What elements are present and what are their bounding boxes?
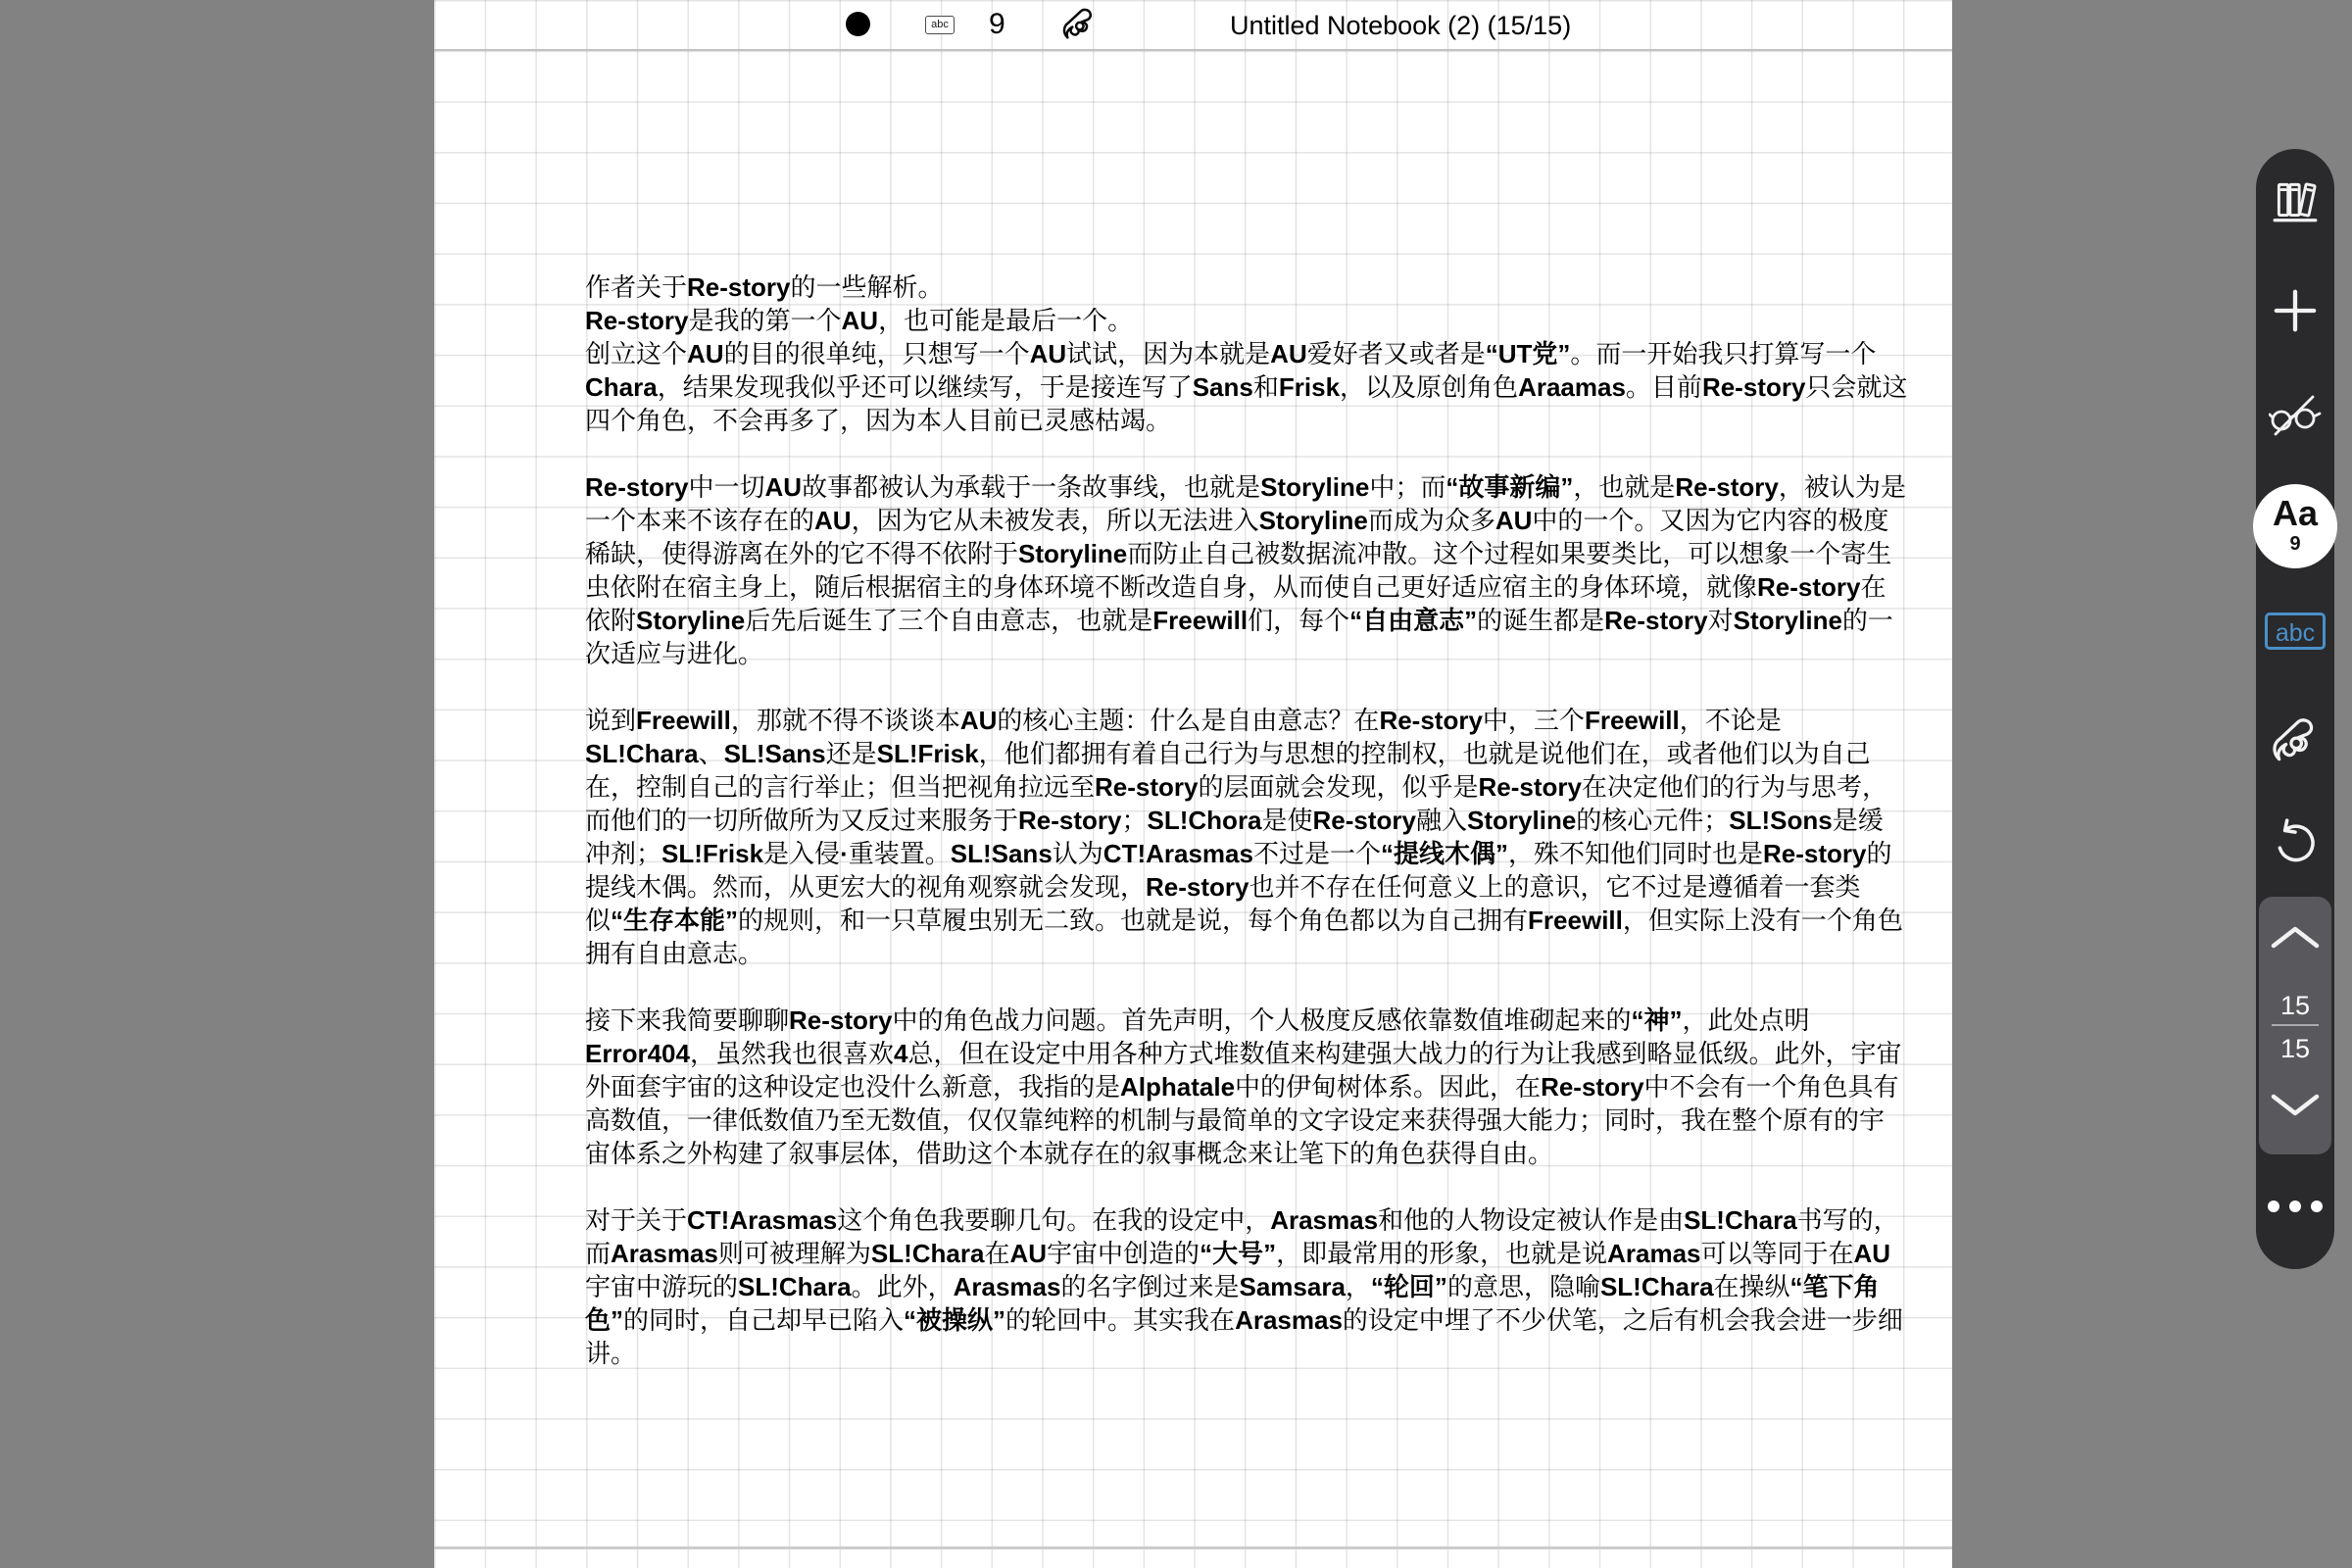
text-segment: Re-story (1675, 472, 1778, 502)
paragraph: 接下来我简要聊聊Re-story中的角色战力问题。首先声明，个人极度反感依靠数值… (585, 1004, 1908, 1170)
notebook-title: Untitled Notebook (2) (15/15) (1230, 9, 1571, 42)
lasso-icon[interactable] (1059, 4, 1099, 45)
text-segment: 试试，因为本就是 (1066, 339, 1270, 368)
text-segment: 宇宙中游玩的 (585, 1272, 738, 1301)
text-segment: 接下来我简要聊聊 (585, 1005, 789, 1035)
text-segment: 可以等同于在 (1701, 1239, 1854, 1268)
lasso-tool-icon[interactable] (2268, 713, 2323, 768)
text-segment: 作者关于 (585, 272, 687, 302)
text-segment: AU (687, 339, 724, 368)
text-segment: ； (1122, 806, 1148, 835)
text-segment: Arasmas (611, 1239, 718, 1268)
text-segment: ，虽然我也很喜欢 (690, 1039, 894, 1068)
text-segment: CT!Arasmas (687, 1205, 837, 1235)
page-total: 15 (2259, 1034, 2331, 1063)
text-segment: 后先后诞生了三个自由意志，也就是 (745, 606, 1152, 635)
text-segment: Arasmas (1270, 1205, 1378, 1235)
pen-color-dot-icon[interactable] (846, 12, 870, 36)
undo-icon[interactable] (2271, 817, 2320, 866)
text-segment: AU (1854, 1239, 1891, 1268)
text-segment: Freewill (1152, 606, 1248, 635)
text-segment: “UT党” (1486, 339, 1571, 368)
text-segment: SL!Sans (951, 839, 1053, 868)
ellipsis-dot (2289, 1200, 2301, 1212)
text-segment: Re-story (1095, 772, 1198, 802)
glasses-off-icon[interactable] (2269, 390, 2322, 439)
text-segment: ，即最常用的形象，也就是说 (1276, 1239, 1607, 1268)
text-segment: SL!Chara (871, 1239, 985, 1268)
text-segment: Samsara (1239, 1272, 1345, 1301)
text-segment: CT!Arasmas (1103, 839, 1253, 868)
text-segment: 在操纵 (1714, 1272, 1790, 1301)
spellcheck-tool-icon[interactable]: abc (2265, 612, 2326, 650)
text-segment: ，以及原创角色 (1340, 372, 1518, 402)
text-segment: Re-story (1604, 606, 1707, 635)
text-segment: 。目前 (1626, 372, 1702, 402)
page-break-line (434, 1546, 1952, 1549)
app-screen: abc 9 Untitled Notebook (2) (15/15) 作者关于… (0, 0, 2352, 1568)
text-tool-icon[interactable]: Aa 9 (2253, 484, 2337, 568)
paragraph: 对于关于CT!Arasmas这个角色我要聊几句。在我的设定中，Arasmas和他… (585, 1203, 1908, 1370)
text-segment: Chara (585, 372, 658, 402)
text-segment: 是使 (1262, 806, 1313, 835)
text-segment: 的意思，隐喻 (1447, 1272, 1600, 1301)
text-segment: SL!Chara (1600, 1272, 1714, 1301)
text-segment: Re-story (1146, 872, 1249, 902)
text-segment: Re-story (789, 1005, 892, 1035)
text-segment: 而成为众多 (1368, 506, 1495, 535)
text-segment: 故事都被认为承载于一条故事线，也就是 (802, 472, 1260, 502)
text-segment: ，也就是 (1573, 472, 1675, 502)
chevron-up-icon[interactable] (2269, 924, 2322, 950)
text-segment: · (840, 839, 849, 868)
text-segment: Frisk (1279, 372, 1340, 402)
text-segment: 的名字倒过来是 (1060, 1272, 1239, 1301)
text-segment: 中的伊甸树体系。因此，在 (1235, 1072, 1541, 1102)
notebook-page[interactable]: abc 9 Untitled Notebook (2) (15/15) 作者关于… (434, 0, 1952, 1568)
paragraph: 说到Freewill，那就不得不谈谈本AU的核心主题：什么是自由意志？在Re-s… (585, 704, 1908, 970)
text-segment: 的层面就会发现，似乎是 (1199, 772, 1479, 802)
text-segment: Re-story (1313, 806, 1416, 835)
text-segment: Alphatale (1120, 1072, 1235, 1102)
chevron-down-icon[interactable] (2269, 1093, 2322, 1118)
text-segment: 对 (1708, 606, 1734, 635)
text-segment: 的规则，和一只草履虫别无二致。也就是说，每个角色都以为自己拥有 (738, 906, 1528, 935)
text-segment: AU (1009, 1239, 1047, 1268)
note-text[interactable]: 作者关于Re-story的一些解析。Re-story是我的第一个AU，也可能是最… (585, 270, 1908, 1370)
paragraph: Re-story中一切AU故事都被认为承载于一条故事线，也就是Storyline… (585, 470, 1908, 670)
text-segment: Storyline (1259, 506, 1368, 535)
text-segment: 4 (894, 1039, 907, 1068)
text-segment: SL!Chara (1684, 1205, 1797, 1235)
text-segment: 的同时，自己却早已陷入 (623, 1305, 904, 1335)
text-segment: SL!Sons (1729, 806, 1832, 835)
text-segment: 和他的人物设定被认作是由 (1378, 1205, 1684, 1235)
text-segment: Re-story (1018, 806, 1121, 835)
bookshelf-icon[interactable] (2269, 174, 2322, 227)
text-segment: 宇宙中创造的 (1047, 1239, 1200, 1268)
text-segment: 不过是一个 (1253, 839, 1381, 868)
paragraph: 作者关于Re-story的一些解析。Re-story是我的第一个AU，也可能是最… (585, 270, 1908, 437)
text-segment: “故事新编” (1445, 472, 1573, 502)
text-segment: Re-story (585, 472, 688, 502)
text-segment: Re-story (1379, 706, 1482, 735)
text-segment: 对于关于 (585, 1205, 687, 1235)
text-segment: 创立这个 (585, 339, 687, 368)
text-segment: 和 (1253, 372, 1279, 402)
text-segment: 中的角色战力问题。首先声明，个人极度反感依靠数值堆砌起来的 (893, 1005, 1632, 1035)
text-segment: Storyline (636, 606, 745, 635)
text-segment: 中，三个 (1483, 706, 1585, 735)
text-segment: 爱好者又或者是 (1307, 339, 1486, 368)
text-segment: 还是 (826, 739, 877, 768)
text-segment: Arasmas (1235, 1305, 1343, 1335)
text-segment: SL!Frisk (661, 839, 763, 868)
text-segment: Re-story (1479, 772, 1582, 802)
page-current: 15 (2259, 991, 2331, 1020)
text-segment: AU (765, 472, 803, 502)
text-segment: 认为 (1053, 839, 1103, 868)
text-segment: 说到 (585, 706, 636, 735)
text-segment: SL!Chora (1148, 806, 1262, 835)
text-segment: 。而一开始我只打算写一个 (1570, 339, 1876, 368)
text-segment: 。此外， (852, 1272, 954, 1301)
plus-icon[interactable] (2273, 288, 2318, 333)
text-segment: AU (1270, 339, 1307, 368)
text-segment: “神” (1632, 1005, 1683, 1035)
text-tool-label: Aa (2253, 494, 2337, 533)
text-segment: Storyline (1467, 806, 1576, 835)
text-segment: ，结果发现我似乎还可以继续写，于是接连写了 (658, 372, 1193, 402)
text-segment: Sans (1193, 372, 1253, 402)
text-segment: Re-story (687, 272, 790, 302)
text-segment: Freewill (1528, 906, 1623, 935)
text-segment: “被操纵” (904, 1305, 1005, 1335)
text-segment: 的一些解析。 (791, 272, 944, 302)
text-segment: Re-story (1541, 1072, 1643, 1102)
text-segment: Freewill (636, 706, 731, 735)
text-segment: ，因为它从未被发表，所以无法进入 (852, 506, 1259, 535)
text-segment: 重装置。 (849, 839, 951, 868)
text-segment: 的核心元件； (1576, 806, 1729, 835)
text-segment: “生存本能” (611, 906, 738, 935)
text-segment: AU (1030, 339, 1067, 368)
page-nav-divider (2272, 1024, 2319, 1026)
text-segment: “轮回” (1371, 1272, 1447, 1301)
text-segment: Error404 (585, 1039, 690, 1068)
text-segment: Storyline (1018, 539, 1127, 568)
text-segment: 的核心主题：什么是自由意志？在 (997, 706, 1379, 735)
text-tool-size: 9 (2253, 533, 2337, 555)
text-segment: “提线木偶” (1381, 839, 1508, 868)
text-segment: 的目的很单纯，只想写一个 (724, 339, 1030, 368)
text-segment: ，那就不得不谈谈本 (731, 706, 960, 735)
text-segment: SL!Chara (738, 1272, 852, 1301)
text-segment: 是我的第一个 (688, 306, 841, 335)
text-segment: SL!Chara (585, 739, 699, 768)
text-segment: 在 (984, 1239, 1009, 1268)
text-segment: AU (814, 506, 852, 535)
text-segment: Storyline (1734, 606, 1842, 635)
text-segment: Re-story (585, 306, 688, 335)
text-segment: Arasmas (954, 1272, 1061, 1301)
text-segment: “大号” (1200, 1239, 1276, 1268)
text-segment: 的轮回中。其实我在 (1005, 1305, 1235, 1335)
text-segment: Freewill (1585, 706, 1680, 735)
tool-sidebar: Aa 9 abc 15 15 (2256, 149, 2334, 1269)
text-segment: 的诞生都是 (1477, 606, 1604, 635)
text-segment: 则可被理解为 (718, 1239, 871, 1268)
text-segment: ，殊不知他们同时也是 (1508, 839, 1763, 868)
spellcheck-abc-icon[interactable]: abc (925, 16, 955, 34)
text-segment: Re-story (1763, 839, 1866, 868)
ellipsis-icon[interactable] (2268, 1200, 2323, 1212)
text-segment: Re-story (1757, 572, 1860, 602)
font-size-value[interactable]: 9 (989, 5, 1005, 44)
text-segment: 是入侵 (763, 839, 840, 868)
ellipsis-dot (2311, 1200, 2323, 1212)
text-segment: Aramas (1607, 1239, 1700, 1268)
text-segment: 中；而 (1369, 472, 1445, 502)
text-segment: SL!Sans (724, 739, 826, 768)
text-segment: 融入 (1416, 806, 1467, 835)
text-segment: 们，每个 (1248, 606, 1349, 635)
text-segment: ，此处点明 (1683, 1005, 1810, 1035)
ellipsis-dot (2268, 1200, 2279, 1212)
text-segment: ，不论是 (1680, 706, 1782, 735)
text-segment: ，也可能是最后一个。 (878, 306, 1133, 335)
text-segment: AU (1495, 506, 1533, 535)
toolbar-divider (434, 49, 1952, 51)
text-segment: Araamas (1518, 372, 1626, 402)
page-navigator: 15 15 (2259, 897, 2331, 1154)
text-segment: AU (842, 306, 879, 335)
text-segment: “自由意志” (1349, 606, 1477, 635)
text-segment: Storyline (1260, 472, 1369, 502)
text-segment: 、 (699, 739, 724, 768)
text-segment: 这个角色我要聊几句。在我的设定中， (837, 1205, 1270, 1235)
text-segment: SL!Frisk (877, 739, 979, 768)
text-segment: Re-story (1702, 372, 1805, 402)
text-segment: AU (960, 706, 998, 735)
text-segment: 中一切 (688, 472, 764, 502)
text-segment: ， (1346, 1272, 1371, 1301)
